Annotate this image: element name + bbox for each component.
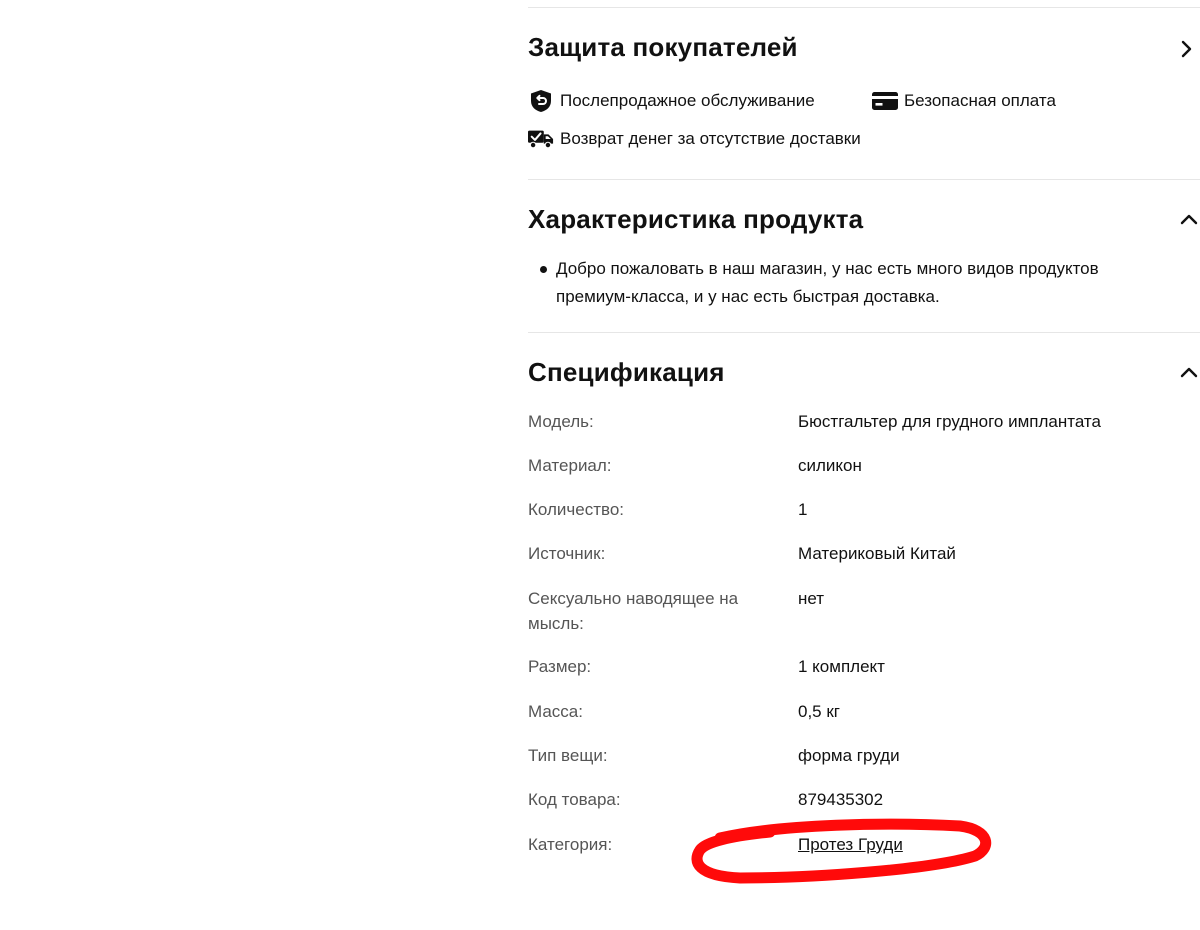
description-line-1: Добро пожаловать в наш магазин, у нас ес… (556, 255, 1099, 283)
section-title-buyer-protection: Защита покупателей (528, 32, 798, 63)
spec-value: 1 комплект (798, 654, 885, 679)
spec-value: форма груди (798, 743, 900, 768)
spec-label: Источник: (528, 541, 788, 566)
feature-after-sales: Послепродажное обслуживание (528, 90, 815, 112)
spec-value: силикон (798, 453, 862, 478)
chevron-up-icon[interactable] (1180, 212, 1194, 226)
divider (528, 332, 1200, 333)
section-title-specification: Спецификация (528, 357, 725, 388)
spec-label: Тип вещи: (528, 743, 788, 768)
divider (528, 179, 1200, 180)
spec-value: нет (798, 586, 824, 611)
feature-label: Безопасная оплата (904, 91, 1056, 111)
description-line-2: премиум-класса, и у нас есть быстрая дос… (556, 283, 940, 311)
spec-label: Код товара: (528, 787, 788, 812)
spec-label: Категория: (528, 832, 788, 857)
spec-label: Масса: (528, 699, 788, 724)
divider (528, 7, 1200, 8)
section-title-product-features: Характеристика продукта (528, 204, 863, 235)
spec-label: Сексуально наводящее на мысль: (528, 586, 783, 636)
spec-value: Материковый Китай (798, 541, 956, 566)
chevron-up-icon[interactable] (1180, 365, 1194, 379)
spec-label: Материал: (528, 453, 788, 478)
spec-value: Бюстгальтер для грудного имплантата (798, 409, 1101, 434)
spec-value: 1 (798, 497, 807, 522)
spec-value: 0,5 кг (798, 699, 840, 724)
spec-label: Размер: (528, 654, 788, 679)
delivery-truck-check-icon (528, 128, 554, 150)
category-link[interactable]: Протез Груди (798, 832, 903, 857)
spec-value: 879435302 (798, 787, 883, 812)
feature-secure-payment: Безопасная оплата (872, 90, 1056, 112)
bullet-dot (540, 266, 547, 273)
credit-card-icon (872, 90, 898, 112)
feature-label: Возврат денег за отсутствие доставки (560, 129, 861, 149)
chevron-right-icon[interactable] (1180, 40, 1194, 54)
spec-label: Количество: (528, 497, 788, 522)
shield-return-icon (528, 90, 554, 112)
spec-label: Модель: (528, 409, 788, 434)
feature-label: Послепродажное обслуживание (560, 91, 815, 111)
feature-delivery-refund: Возврат денег за отсутствие доставки (528, 128, 861, 150)
